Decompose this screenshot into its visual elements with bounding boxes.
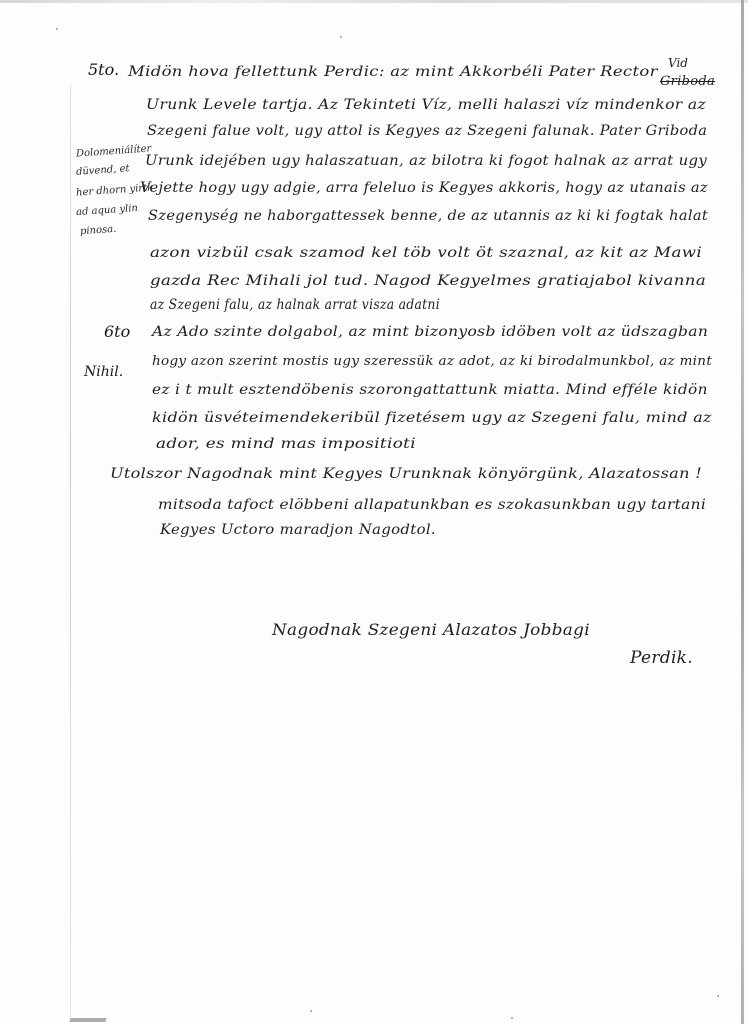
text-line: ador, es mind mas impositioti <box>156 436 416 452</box>
text-line: Vejette hogy ugy adgie, arra feleluo is … <box>140 180 708 196</box>
scan-speck <box>511 1017 513 1019</box>
section-5-label: 5to. <box>88 60 119 79</box>
text-line: az Szegeni falu, az halnak arrat visza a… <box>150 297 440 313</box>
text-line: mitsoda tafoct elöbbeni allapatunkban es… <box>158 497 706 513</box>
text-line: Szegenység ne haborgattessek benne, de a… <box>148 208 708 224</box>
margin-note-line: düvend, et <box>76 163 130 178</box>
section-6-margin-note: Nihil. <box>84 364 123 380</box>
page-left-edge <box>70 85 71 1020</box>
interlinear-insert: Vid <box>668 56 688 70</box>
margin-note-line: ad aqua ylin <box>76 203 139 218</box>
signature-line: Nagodnak Szegeni Alazatos Jobbagi <box>272 620 590 639</box>
scanned-page: 5to. Vid Midön hova fellettunk Perdic: a… <box>0 0 748 1024</box>
struck-word: Griboda <box>660 74 715 89</box>
text-line: Urunk idejében ugy halaszatuan, az bilot… <box>145 153 707 169</box>
signature-name: Perdik. <box>630 648 693 668</box>
margin-note-line: Dolomeniálíter <box>76 143 152 159</box>
text-line: kidön üsvéteimendekeribül fizetésem ugy … <box>152 410 712 426</box>
text-line: Utolszor Nagodnak mint Kegyes Urunknak k… <box>110 466 702 482</box>
text-line: Midön hova fellettunk Perdic: az mint Ak… <box>128 64 658 80</box>
page-corner-mark <box>69 1018 106 1022</box>
text-line: gazda Rec Mihali jol tud. Nagod Kegyelme… <box>150 273 706 289</box>
scan-speck <box>310 1010 312 1012</box>
page-right-edge <box>741 0 744 1024</box>
scan-speck <box>340 36 342 38</box>
text-line: azon vizbül csak szamod kel töb volt öt … <box>150 245 702 261</box>
scan-speck <box>717 995 719 997</box>
section-6-label: 6to <box>104 322 130 341</box>
margin-note-line: her dhorn yirtk <box>76 182 154 198</box>
page-top-edge <box>0 0 748 3</box>
margin-note-line: pinosa. <box>80 224 117 238</box>
text-line: Kegyes Uctoro maradjon Nagodtol. <box>160 522 436 538</box>
text-line: hogy azon szerint mostis ugy szeressük a… <box>152 354 712 369</box>
scan-speck <box>56 28 58 30</box>
text-line: Az Ado szinte dolgabol, az mint bizonyos… <box>152 324 708 340</box>
text-line: ez i t mult esztendöbenis szorongattattu… <box>152 382 708 398</box>
text-line: Szegeni falue volt, ugy attol is Kegyes … <box>147 123 707 139</box>
text-line: Urunk Levele tartja. Az Tekinteti Víz, m… <box>146 97 706 113</box>
